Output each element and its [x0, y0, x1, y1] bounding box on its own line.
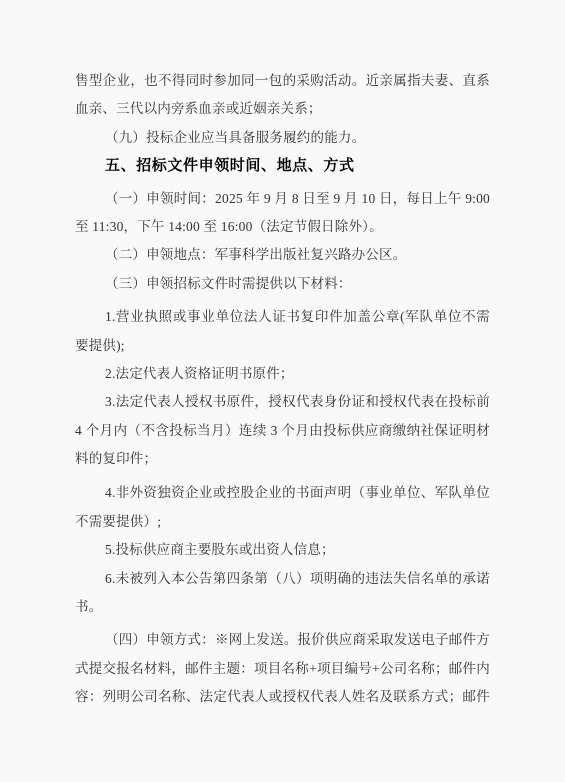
text-line: 式提交报名材料，邮件主题：项目名称+项目编号+公司名称；邮件内	[75, 655, 490, 683]
text-line: 容：列明公司名称、法定代表人或授权代表人姓名及联系方式；邮件	[75, 683, 490, 711]
text-line: 不需要提供）;	[75, 508, 490, 536]
text-line: 4.非外资独资企业或控股企业的书面声明（事业单位、军队单位	[75, 479, 490, 507]
text-line: 2.法定代表人资格证明书原件；	[75, 360, 490, 388]
text-line: （九）投标企业应当具备服务履约的能力。	[75, 124, 490, 152]
text-line: 3.法定代表人授权书原件，授权代表身份证和授权代表在投标前	[75, 388, 490, 416]
text-line: （二）申领地点：军事科学出版社复兴路办公区。	[75, 241, 490, 269]
section-heading: 五、招标文件申领时间、地点、方式	[75, 152, 490, 180]
text-line: 至 11:30，下午 14:00 至 16:00（法定节假日除外）。	[75, 213, 490, 241]
text-line: 血亲、三代以内旁系血亲或近姻亲关系；	[75, 95, 490, 123]
text-line: 5.投标供应商主要股东或出资人信息；	[75, 536, 490, 564]
text-line: 书。	[75, 593, 490, 621]
text-line: （四）申领方式：※网上发送。报价供应商采取发送电子邮件方	[75, 626, 490, 654]
text-line: 要提供);	[75, 332, 490, 360]
text-line: 6.未被列入本公告第四条第（八）项明确的违法失信名单的承诺	[75, 565, 490, 593]
text-line: 4 个月内（不含投标当月）连续 3 个月由投标供应商缴纳社保证明材	[75, 417, 490, 445]
document-page: 售型企业，也不得同时参加同一包的采购活动。近亲属指夫妻、直系血亲、三代以内旁系血…	[0, 0, 565, 782]
text-line: （一）申领时间：2025 年 9 月 8 日至 9 月 10 日，每日上午 9:…	[75, 185, 490, 213]
text-line: 售型企业，也不得同时参加同一包的采购活动。近亲属指夫妻、直系	[75, 67, 490, 95]
text-block: 售型企业，也不得同时参加同一包的采购活动。近亲属指夫妻、直系血亲、三代以内旁系血…	[75, 67, 490, 712]
text-line: 料的复印件；	[75, 445, 490, 473]
text-line: 1.营业执照或事业单位法人证书复印件加盖公章(军队单位不需	[75, 303, 490, 331]
text-line: （三）申领招标文件时需提供以下材料：	[75, 270, 490, 298]
